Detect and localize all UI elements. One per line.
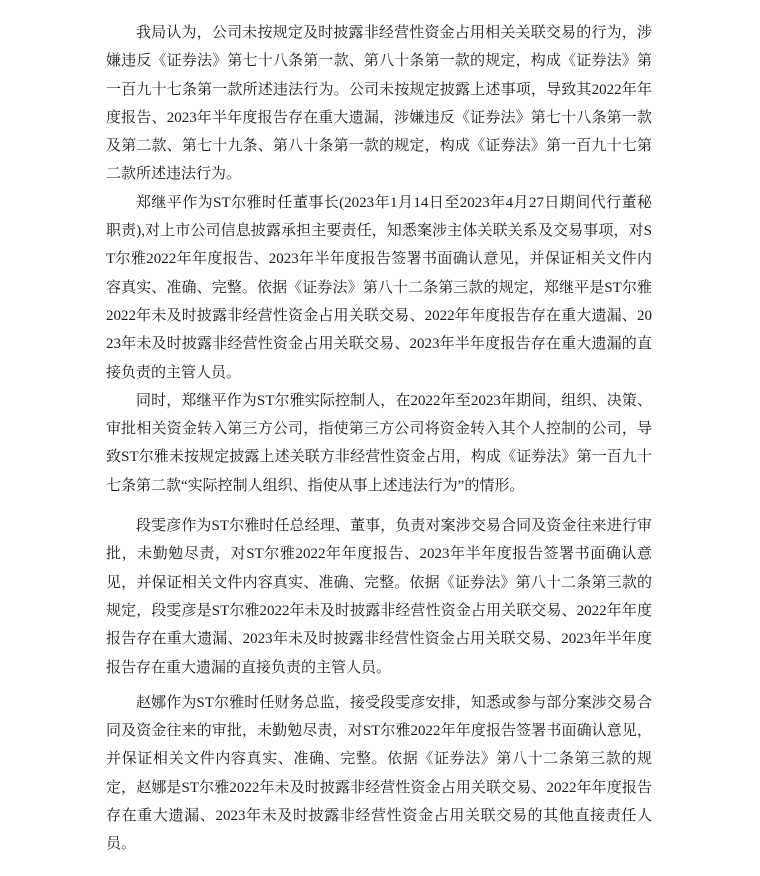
paragraph-zhaona-cfo-liability: 赵娜作为ST尔雅时任财务总监，接受段雯彦安排，知悉或参与部分案涉交易合同及资金往… bbox=[106, 689, 652, 859]
paragraph-zhengjiping-actual-controller: 同时，郑继平作为ST尔雅实际控制人，在2022年至2023年期间，组织、决策、审… bbox=[106, 387, 652, 500]
document-page: 我局认为，公司未按规定及时披露非经营性资金占用相关关联交易的行为，涉嫌违反《证券… bbox=[0, 0, 760, 876]
document-body: 我局认为，公司未按规定及时披露非经营性资金占用相关关联交易的行为，涉嫌违反《证券… bbox=[106, 19, 652, 859]
paragraph-duanwenyan-gm-liability: 段雯彦作为ST尔雅时任总经理、董事，负责对案涉交易合同及资金往来进行审批，未勤勉… bbox=[106, 512, 652, 682]
paragraph-zhengjiping-chairman-liability: 郑继平作为ST尔雅时任董事长(2023年1月14日至2023年4月27日期间代行… bbox=[106, 189, 652, 387]
paragraph-regulator-finding: 我局认为，公司未按规定及时披露非经营性资金占用相关关联交易的行为，涉嫌违反《证券… bbox=[106, 19, 652, 189]
